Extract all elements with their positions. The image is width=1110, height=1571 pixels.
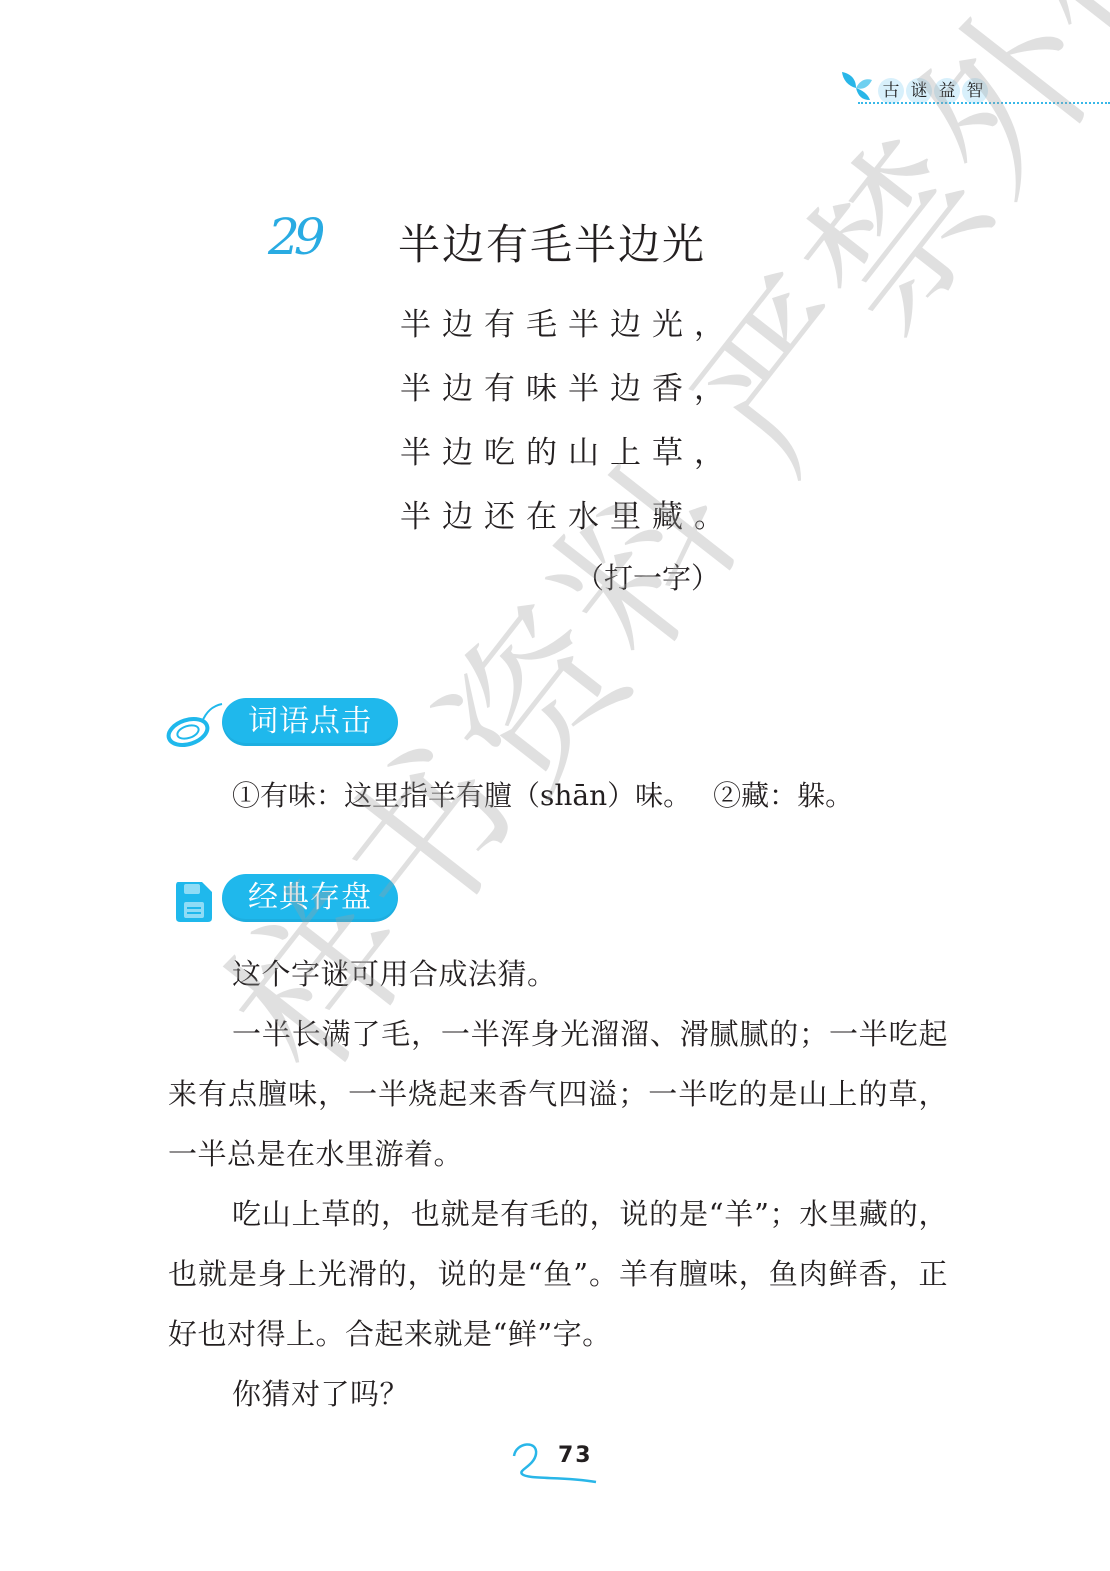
poem-line: 半边吃的山上草， xyxy=(400,428,736,492)
header-char: 古 xyxy=(878,78,904,104)
header-dotted-rule xyxy=(858,102,1110,104)
floppy-disk-icon xyxy=(172,880,216,924)
header-char: 智 xyxy=(962,78,988,104)
paragraph: 你猜对了吗？ xyxy=(168,1364,948,1424)
poem-line: 半边还在水里藏。 xyxy=(400,492,736,556)
paragraph: 一半长满了毛，一半浑身光溜溜、滑腻腻的；一半吃起来有点膻味，一半烧起来香气四溢；… xyxy=(168,1004,948,1184)
riddle-hint: （打一字） xyxy=(575,556,720,597)
poem-line: 半边有毛半边光， xyxy=(400,300,736,364)
vocab-note: ②藏：躲。 xyxy=(713,779,853,812)
page-number: 73 xyxy=(512,1436,602,1486)
running-header: 古 谜 益 智 xyxy=(838,68,1110,108)
riddle-poem: 半边有毛半边光， 半边有味半边香， 半边吃的山上草， 半边还在水里藏。 （打一字… xyxy=(400,300,736,556)
header-char: 谜 xyxy=(906,78,932,104)
chapter-number: 29 xyxy=(268,208,320,266)
vocab-note: ①有味：这里指羊有膻（shān）味。 xyxy=(232,779,691,812)
vocab-notes: ①有味：这里指羊有膻（shān）味。②藏：躲。 xyxy=(232,774,853,814)
mouse-icon xyxy=(166,700,224,750)
poem-line: 半边有味半边香， xyxy=(400,364,736,428)
paragraph: 这个字谜可用合成法猜。 xyxy=(168,944,948,1004)
section-label-vocab: 词语点击 xyxy=(222,698,398,746)
header-title: 古 谜 益 智 xyxy=(878,78,988,104)
leaf-icon xyxy=(838,68,874,104)
chapter-title: 半边有毛半边光 xyxy=(398,212,706,272)
explanation-text: 这个字谜可用合成法猜。 一半长满了毛，一半浑身光溜溜、滑腻腻的；一半吃起来有点膻… xyxy=(168,944,948,1424)
paragraph: 吃山上草的，也就是有毛的，说的是“羊”；水里藏的，也就是身上光滑的，说的是“鱼”… xyxy=(168,1184,948,1364)
header-char: 益 xyxy=(934,78,960,104)
section-label-classic: 经典存盘 xyxy=(222,874,398,922)
